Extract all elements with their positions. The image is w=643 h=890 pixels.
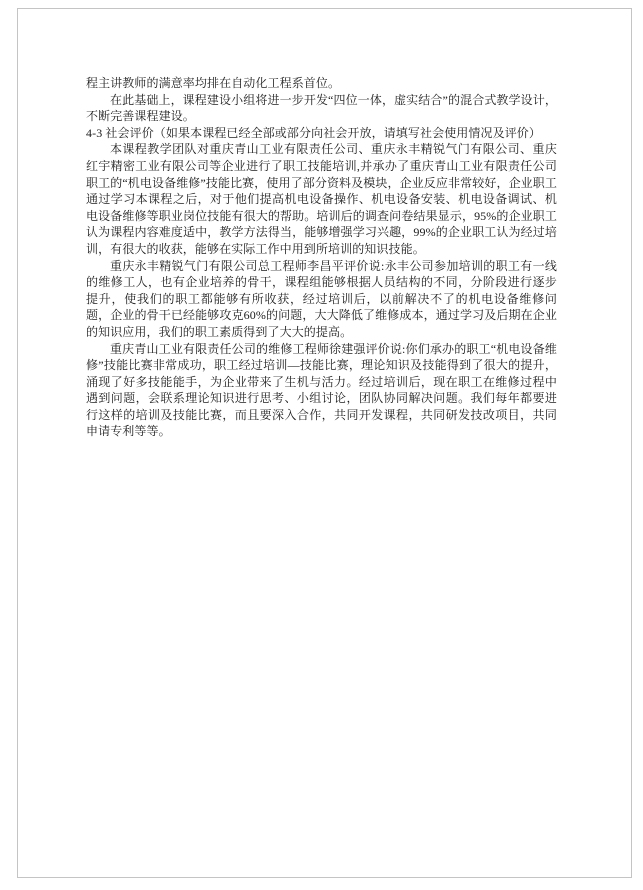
paragraph-lichangping-comment: 重庆永丰精锐气门有限公司总工程师李昌平评价说:永丰公司参加培训的职工有一线的维修… [86, 258, 557, 341]
paragraph-xujianqiang-comment: 重庆青山工业有限责任公司的维修工程师徐建强评价说:你们承办的职工“机电设备维修”… [86, 341, 557, 441]
paragraph-continuation: 程主讲教师的满意率均排在自动化工程系首位。 [86, 75, 557, 92]
paragraph-course-plan: 在此基础上，课程建设小组将进一步开发“四位一体，虚实结合”的混合式教学设计，不断… [86, 92, 557, 125]
paragraph-training-overview: 本课程教学团队对重庆青山工业有限责任公司、重庆永丰精锐气门有限公司、重庆红宇精密… [86, 141, 557, 257]
document-page: 程主讲教师的满意率均排在自动化工程系首位。 在此基础上，课程建设小组将进一步开发… [0, 0, 643, 890]
page-text: 程主讲教师的满意率均排在自动化工程系首位。 在此基础上，课程建设小组将进一步开发… [86, 75, 557, 440]
section-heading-social-evaluation: 4-3 社会评价（如果本课程已经全部或部分向社会开放，请填写社会使用情况及评价） [86, 125, 557, 142]
